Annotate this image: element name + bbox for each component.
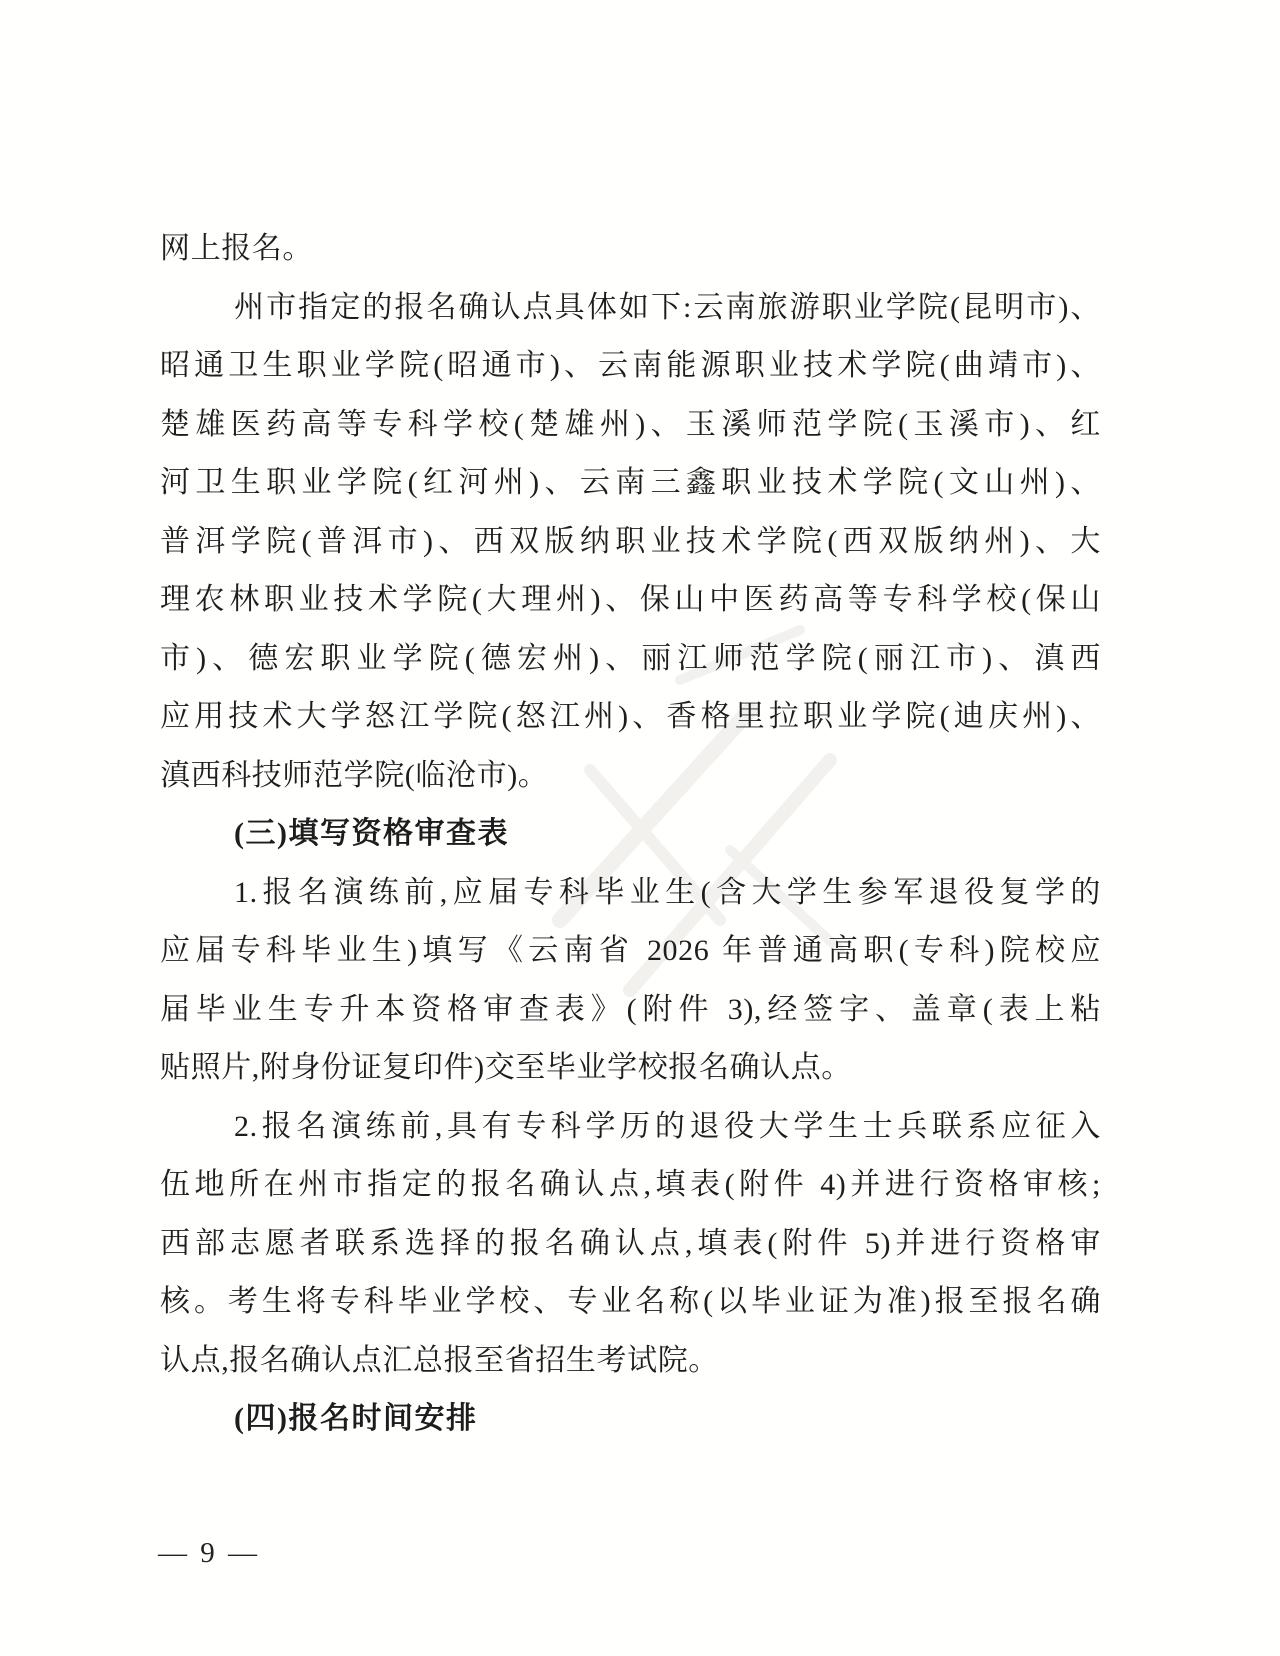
- body-text-line: 贴照片,附身份证复印件)交至毕业学校报名确认点。: [160, 1039, 1101, 1098]
- body-text-line: 市)、德宏职业学院(德宏州)、丽江师范学院(丽江市)、滇西: [160, 630, 1101, 689]
- body-text-line: 州市指定的报名确认点具体如下:云南旅游职业学院(昆明市)、: [160, 279, 1101, 338]
- body-text-line: 理农林职业技术学院(大理州)、保山中医药高等专科学校(保山: [160, 571, 1101, 630]
- body-text-line: 河卫生职业学院(红河州)、云南三鑫职业技术学院(文山州)、: [160, 454, 1101, 513]
- body-text-line: 昭通卫生职业学院(昭通市)、云南能源职业技术学院(曲靖市)、: [160, 337, 1101, 396]
- body-text-line: 应届专科毕业生)填写《云南省 2026 年普通高职(专科)院校应: [160, 922, 1101, 981]
- page-number: — 9 —: [158, 1524, 260, 1582]
- section-heading-3: (三)填写资格审查表: [160, 805, 1101, 864]
- body-text-line: 伍地所在州市指定的报名确认点,填表(附件 4)并进行资格审核;: [160, 1156, 1101, 1215]
- section-heading-4: (四)报名时间安排: [160, 1390, 1101, 1449]
- document-page: 网上报名。 州市指定的报名确认点具体如下:云南旅游职业学院(昆明市)、 昭通卫生…: [0, 0, 1280, 1656]
- body-text-line: 届毕业生专升本资格审查表》(附件 3),经签字、盖章(表上粘: [160, 981, 1101, 1040]
- body-text-line: 楚雄医药高等专科学校(楚雄州)、玉溪师范学院(玉溪市)、红: [160, 396, 1101, 455]
- body-text-line: 西部志愿者联系选择的报名确认点,填表(附件 5)并进行资格审: [160, 1215, 1101, 1274]
- body-text-line: 应用技术大学怒江学院(怒江州)、香格里拉职业学院(迪庆州)、: [160, 688, 1101, 747]
- body-text-line: 1.报名演练前,应届专科毕业生(含大学生参军退役复学的: [160, 864, 1101, 923]
- body-text-line: 2.报名演练前,具有专科学历的退役大学生士兵联系应征入: [160, 1098, 1101, 1157]
- document-body: 网上报名。 州市指定的报名确认点具体如下:云南旅游职业学院(昆明市)、 昭通卫生…: [160, 220, 1101, 1449]
- body-text-line: 认点,报名确认点汇总报至省招生考试院。: [160, 1332, 1101, 1391]
- body-text-line: 网上报名。: [160, 220, 1101, 279]
- body-text-line: 核。考生将专科毕业学校、专业名称(以毕业证为准)报至报名确: [160, 1273, 1101, 1332]
- body-text-line: 普洱学院(普洱市)、西双版纳职业技术学院(西双版纳州)、大: [160, 513, 1101, 572]
- body-text-line: 滇西科技师范学院(临沧市)。: [160, 747, 1101, 806]
